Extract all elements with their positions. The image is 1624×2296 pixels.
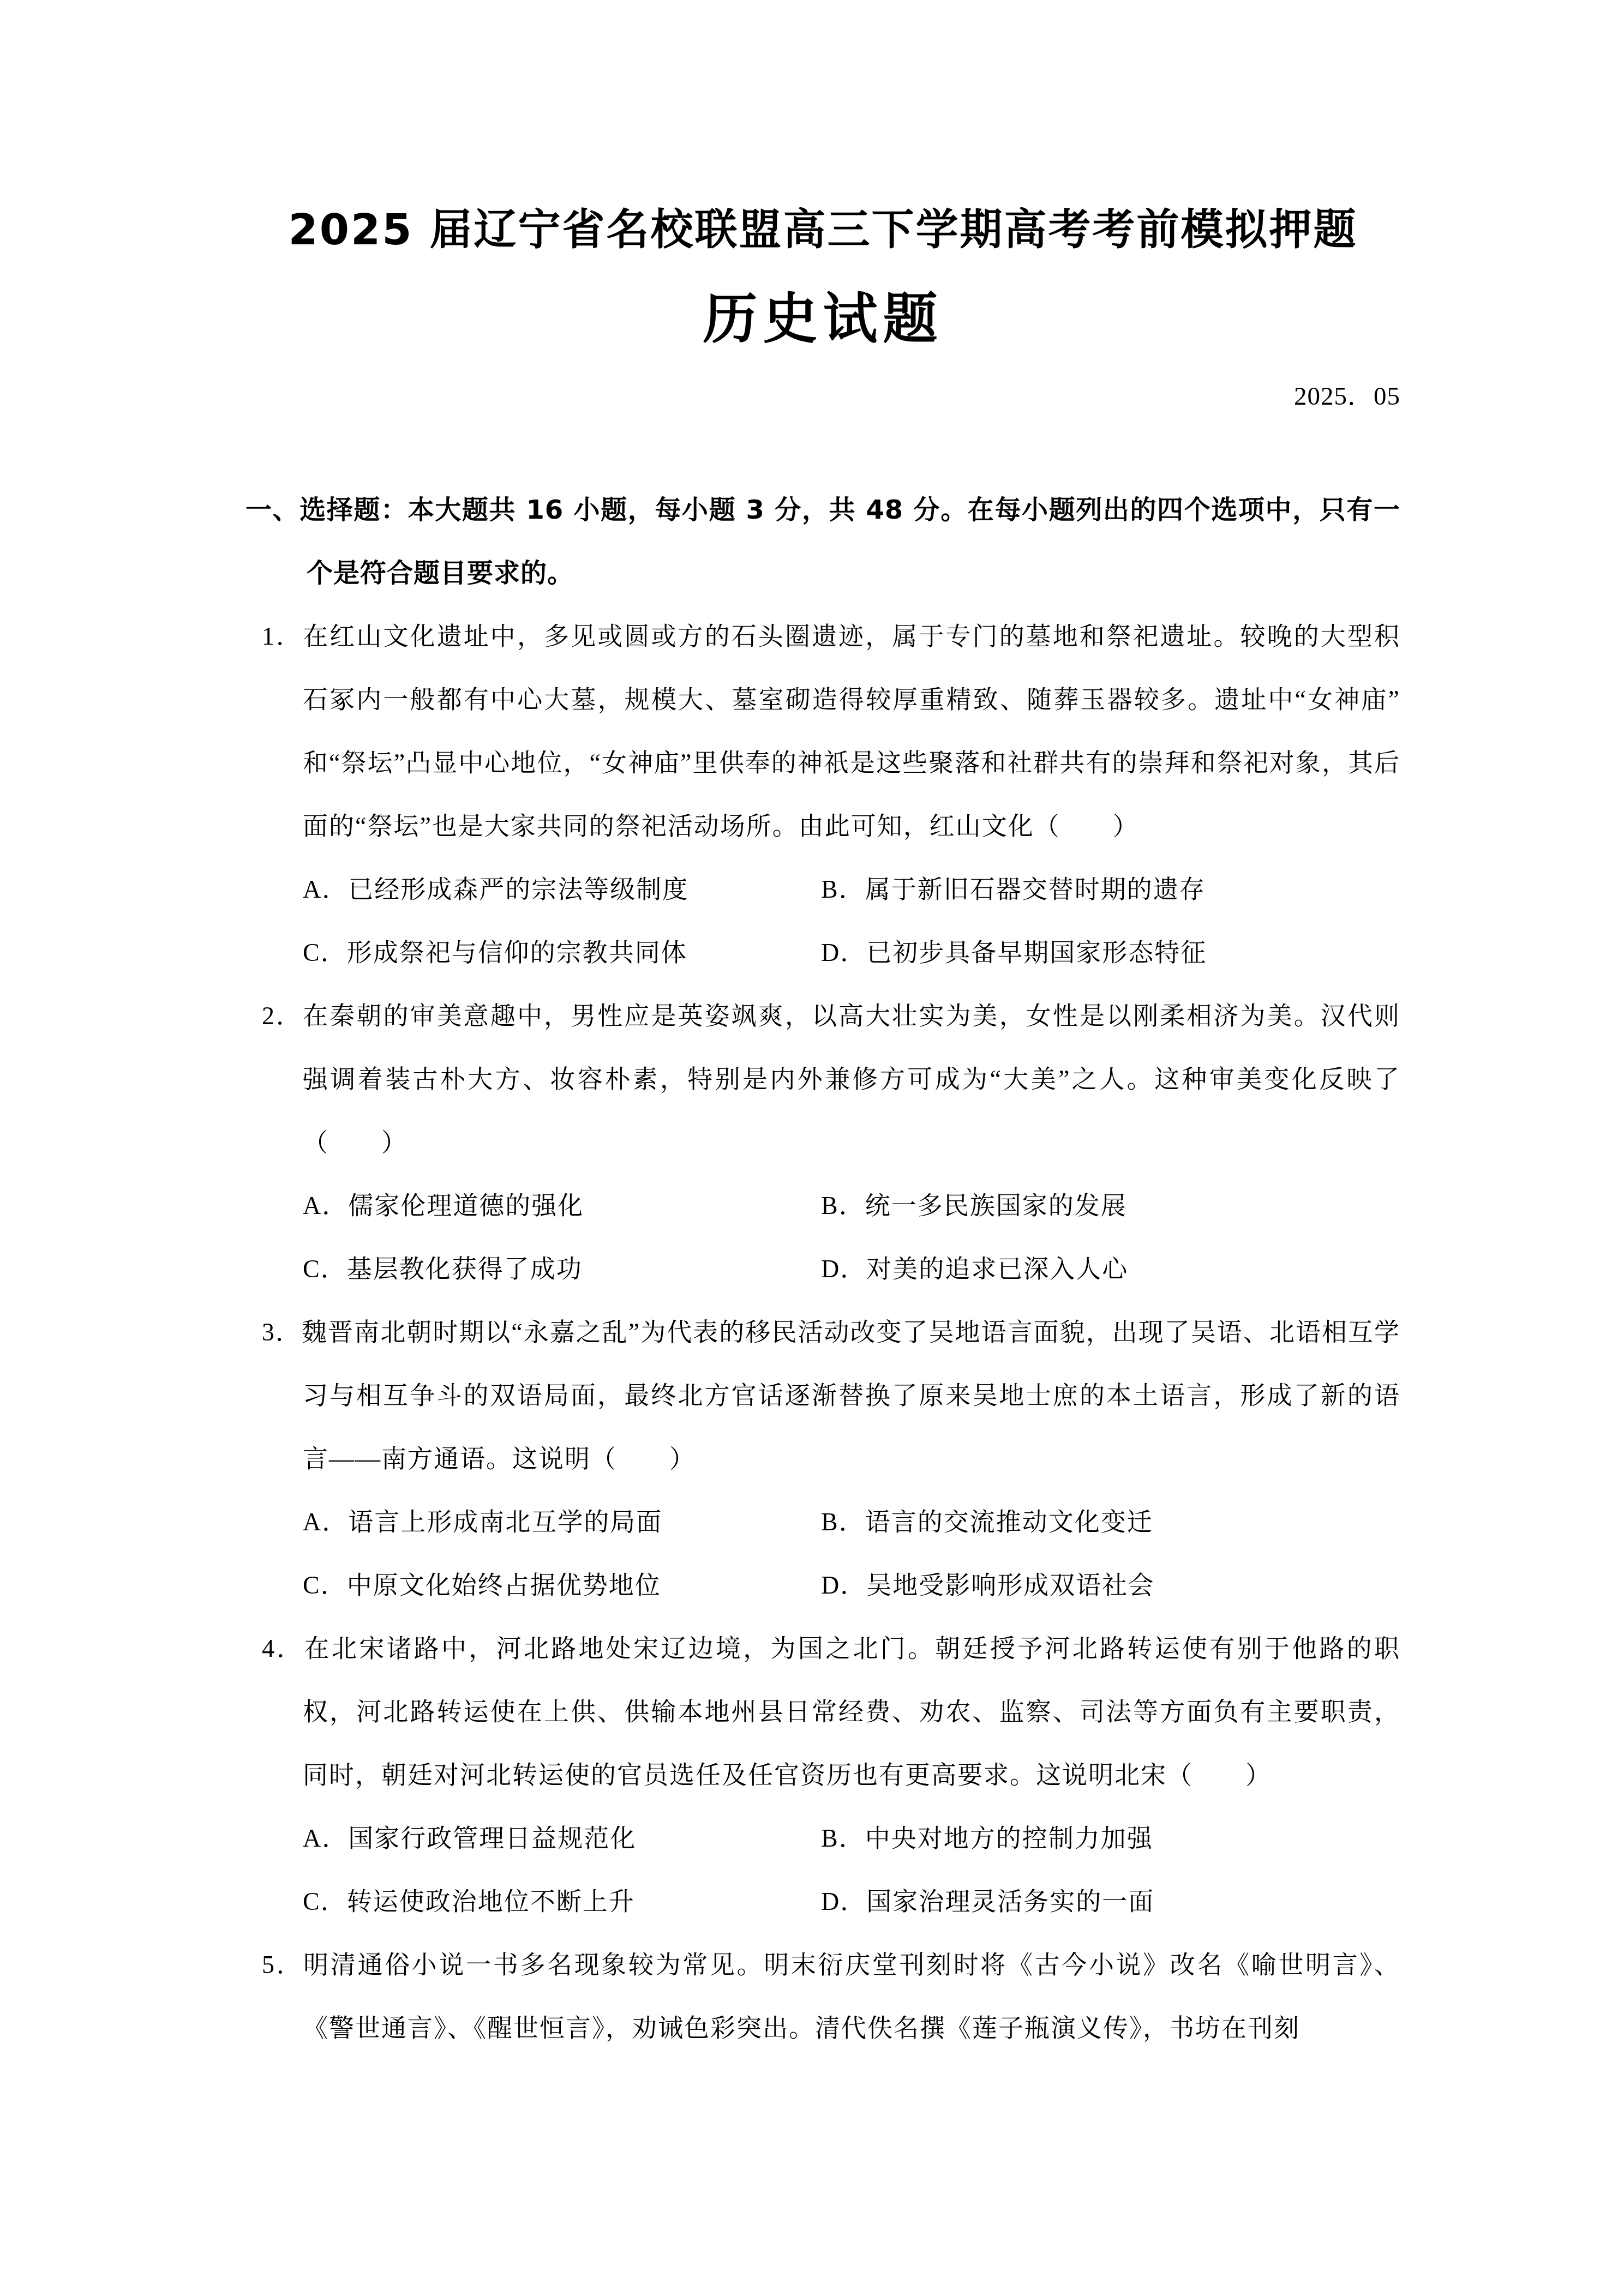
question-5-number: 5． — [262, 1951, 303, 1979]
question-1-number: 1． — [262, 622, 303, 650]
question-1-text: 在红山文化遗址中，多见或圆或方的石头圈遗迹，属于专门的墓地和祭祀遗址。较晚的大型… — [303, 622, 1400, 840]
question-5-stem: 5．明清通俗小说一书多名现象较为常见。明末衍庆堂刊刻时将《古今小说》改名《喻世明… — [245, 1933, 1400, 2060]
question-1-option-d: D．已初步具备早期国家形态特征 — [821, 921, 1400, 984]
question-1-option-a: A．已经形成森严的宗法等级制度 — [303, 858, 821, 921]
question-2-number: 2． — [262, 1002, 303, 1030]
exam-date: 2025．05 — [245, 380, 1400, 413]
question-3-number: 3． — [262, 1318, 302, 1346]
question-4: 4．在北宋诸路中，河北路地处宋辽边境，为国之北门。朝廷授予河北路转运使有别于他路… — [245, 1617, 1400, 1933]
question-5: 5．明清通俗小说一书多名现象较为常见。明末衍庆堂刊刻时将《古今小说》改名《喻世明… — [245, 1933, 1400, 2060]
question-4-option-c: C．转运使政治地位不断上升 — [303, 1870, 821, 1933]
question-1-stem: 1．在红山文化遗址中，多见或圆或方的石头圈遗迹，属于专门的墓地和祭祀遗址。较晚的… — [245, 605, 1400, 858]
question-2-option-b: B．统一多民族国家的发展 — [821, 1174, 1400, 1237]
question-3-option-b: B．语言的交流推动文化变迁 — [821, 1490, 1400, 1554]
question-4-option-a: A．国家行政管理日益规范化 — [303, 1807, 821, 1870]
exam-page: 2025 届辽宁省名校联盟高三下学期高考考前模拟押题 历史试题 2025．05 … — [0, 0, 1624, 2296]
question-2-options: A．儒家伦理道德的强化 B．统一多民族国家的发展 C．基层教化获得了成功 D．对… — [303, 1174, 1400, 1301]
section-heading: 一、选择题：本大题共 16 小题，每小题 3 分，共 48 分。在每小题列出的四… — [245, 478, 1400, 605]
question-3-text: 魏晋南北朝时期以“永嘉之乱”为代表的移民活动改变了吴地语言面貌，出现了吴语、北语… — [302, 1318, 1400, 1472]
question-4-stem: 4．在北宋诸路中，河北路地处宋辽边境，为国之北门。朝廷授予河北路转运使有别于他路… — [245, 1617, 1400, 1807]
question-4-options: A．国家行政管理日益规范化 B．中央对地方的控制力加强 C．转运使政治地位不断上… — [303, 1807, 1400, 1933]
question-2-option-a: A．儒家伦理道德的强化 — [303, 1174, 821, 1237]
exam-title: 2025 届辽宁省名校联盟高三下学期高考考前模拟押题 — [245, 202, 1400, 259]
question-5-text: 明清通俗小说一书多名现象较为常见。明末衍庆堂刊刻时将《古今小说》改名《喻世明言》… — [303, 1951, 1400, 2042]
question-2-option-d: D．对美的追求已深入人心 — [821, 1237, 1400, 1301]
question-3-stem: 3．魏晋南北朝时期以“永嘉之乱”为代表的移民活动改变了吴地语言面貌，出现了吴语、… — [245, 1301, 1400, 1490]
question-2-stem: 2．在秦朝的审美意趣中，男性应是英姿飒爽，以高大壮实为美，女性是以刚柔相济为美。… — [245, 984, 1400, 1174]
question-1-options: A．已经形成森严的宗法等级制度 B．属于新旧石器交替时期的遗存 C．形成祭祀与信… — [303, 858, 1400, 984]
question-3: 3．魏晋南北朝时期以“永嘉之乱”为代表的移民活动改变了吴地语言面貌，出现了吴语、… — [245, 1301, 1400, 1617]
question-1: 1．在红山文化遗址中，多见或圆或方的石头圈遗迹，属于专门的墓地和祭祀遗址。较晚的… — [245, 605, 1400, 984]
question-3-option-a: A．语言上形成南北互学的局面 — [303, 1490, 821, 1554]
question-4-option-b: B．中央对地方的控制力加强 — [821, 1807, 1400, 1870]
question-3-option-c: C．中原文化始终占据优势地位 — [303, 1554, 821, 1617]
question-1-option-c: C．形成祭祀与信仰的宗教共同体 — [303, 921, 821, 984]
exam-header: 2025 届辽宁省名校联盟高三下学期高考考前模拟押题 历史试题 2025．05 — [245, 202, 1400, 413]
exam-body: 一、选择题：本大题共 16 小题，每小题 3 分，共 48 分。在每小题列出的四… — [245, 478, 1400, 2060]
question-3-option-d: D．吴地受影响形成双语社会 — [821, 1554, 1400, 1617]
question-2-option-c: C．基层教化获得了成功 — [303, 1237, 821, 1301]
question-3-options: A．语言上形成南北互学的局面 B．语言的交流推动文化变迁 C．中原文化始终占据优… — [303, 1490, 1400, 1617]
question-4-text: 在北宋诸路中，河北路地处宋辽边境，为国之北门。朝廷授予河北路转运使有别于他路的职… — [303, 1634, 1400, 1789]
question-4-option-d: D．国家治理灵活务实的一面 — [821, 1870, 1400, 1933]
question-1-option-b: B．属于新旧石器交替时期的遗存 — [821, 858, 1400, 921]
question-4-number: 4． — [262, 1634, 304, 1662]
question-2: 2．在秦朝的审美意趣中，男性应是英姿飒爽，以高大壮实为美，女性是以刚柔相济为美。… — [245, 984, 1400, 1301]
question-2-text: 在秦朝的审美意趣中，男性应是英姿飒爽，以高大壮实为美，女性是以刚柔相济为美。汉代… — [303, 1002, 1400, 1156]
exam-subject-title: 历史试题 — [245, 282, 1400, 356]
